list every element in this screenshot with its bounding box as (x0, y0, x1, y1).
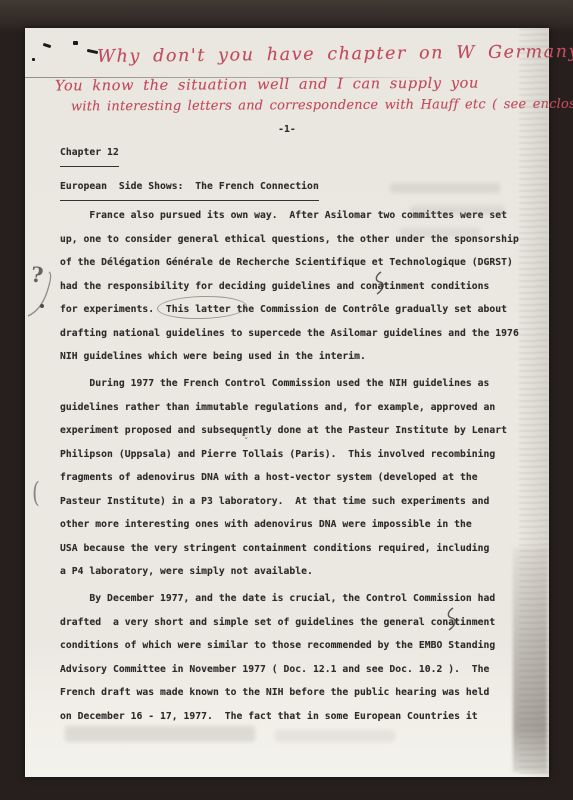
text-line: NIH guidelines which were being used in … (60, 345, 519, 369)
transposition-mark (371, 270, 387, 296)
bleed-through-ghost (410, 206, 505, 215)
handwritten-note-line-1: Why don't you have chapter on W Germany … (97, 41, 573, 67)
text-line: other more interesting ones with adenovi… (60, 513, 507, 537)
chapter-heading: Chapter 12 European Side Shows: The Fren… (60, 140, 319, 204)
text-line: Advisory Committee in November 1977 ( Do… (60, 658, 495, 682)
bleed-through-ghost (275, 730, 395, 742)
text-line: By December 1977, and the date is crucia… (60, 587, 495, 611)
bleed-through-ghost (390, 183, 500, 193)
handwritten-note-line-2: You know the situation well and I can su… (55, 76, 479, 95)
text-line: drafted a very short and simple set of g… (60, 611, 495, 635)
margin-swoosh-mark (25, 270, 55, 320)
text-line: experiment proposed and subsequently don… (60, 419, 507, 443)
text-line: guidelines rather than immutable regulat… (60, 396, 507, 420)
chapter-label: Chapter 12 (60, 141, 119, 167)
transposition-mark (443, 606, 459, 632)
text-line: During 1977 the French Control Commissio… (60, 372, 507, 396)
insert-caret-mark: ˇ (244, 438, 249, 448)
paragraph-2: During 1977 the French Control Commissio… (60, 372, 507, 584)
chapter-title: European Side Shows: The French Connecti… (60, 175, 319, 201)
text-line: Philipson (Uppsala) and Pierre Tollais (… (60, 443, 507, 467)
text-line: fragments of adenovirus DNA with a host-… (60, 466, 507, 490)
text-line: French draft was made known to the NIH b… (60, 681, 495, 705)
paragraph-3: By December 1977, and the date is crucia… (60, 587, 495, 728)
handwritten-note-line-3: with interesting letters and corresponde… (71, 97, 573, 115)
margin-paren-mark: ( (32, 475, 40, 509)
text-line: of the Délégation Générale de Recherche … (60, 251, 519, 275)
bleed-through-ghost (65, 726, 255, 742)
text-line: conditions of which were similar to thos… (60, 634, 495, 658)
text-line: USA because the very stringent containme… (60, 537, 507, 561)
toner-speck (73, 41, 78, 45)
text-line: on December 16 - 17, 1977. The fact that… (60, 705, 495, 729)
page-number: -1- (25, 118, 549, 142)
text-line: a P4 laboratory, were simply not availab… (60, 560, 507, 584)
toner-speck (43, 43, 52, 48)
bleed-through-ghost (400, 228, 480, 237)
document-page: Why don't you have chapter on W Germany … (25, 28, 549, 777)
text-line: Pasteur Institute) in a P3 laboratory. A… (60, 490, 507, 514)
photocopy-smudge (513, 548, 547, 772)
text-line: drafting national guidelines to superced… (60, 322, 519, 346)
text-line: for experiments. This latter the Commiss… (60, 298, 519, 322)
text-line: had the responsibility for deciding guid… (60, 275, 519, 299)
toner-speck (32, 58, 35, 61)
